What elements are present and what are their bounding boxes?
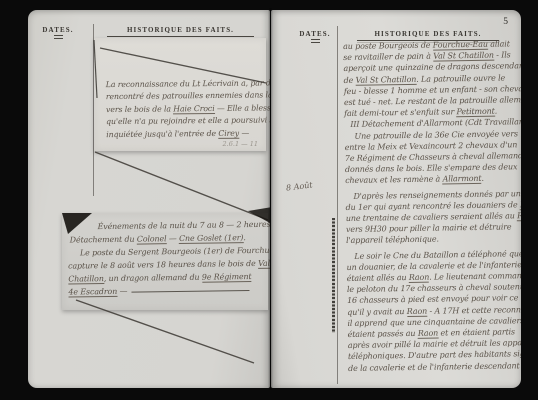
underlined-place-name: Cne Goslet (1er) (179, 233, 243, 244)
left-page: DATES. HISTORIQUE DES FAITS. La reconnai… (28, 10, 270, 388)
underlined-place-name: 9e Régiment (202, 272, 252, 283)
underlined-place-name: Val St Chatillon (433, 51, 494, 62)
trailing-rule (131, 290, 249, 293)
left-dates-header-label: DATES. (42, 26, 73, 34)
underlined-place-name: Raon (409, 273, 430, 283)
page-number: 5 (503, 17, 508, 27)
underlined-place-name: Colonel (137, 234, 167, 244)
underlined-place-name: Raon (418, 329, 439, 339)
underlined-place-name: Raon (520, 200, 521, 210)
right-column-rule (337, 26, 338, 384)
left-historique-header-label: HISTORIQUE DES FAITS. (127, 26, 234, 34)
date-entry: 8 Août (286, 180, 313, 192)
underlined-place-name: Petitmont (456, 107, 494, 118)
handwritten-line: de la cavalerie et de l'infanterie desce… (348, 359, 521, 374)
dates-header-flourish (311, 39, 320, 43)
spine-imprint-strip (332, 218, 335, 333)
right-page-handwriting: au poste Bourgeois de Fourchue-Eau allai… (343, 38, 521, 374)
handwritten-line: chevaux et les ramène à Allarmont. (345, 172, 521, 187)
left-historique-header-rule (107, 36, 254, 37)
underlined-place-name: Chatillon (68, 274, 104, 284)
slip-bottom-handwriting: Événements de la nuit du 7 au 8 — 2 heur… (67, 217, 270, 298)
underlined-place-name: Fourchue-Eau (433, 40, 488, 51)
pasted-slip-top: La reconnaissance du Lt Lécrivain a, par… (94, 38, 266, 151)
dates-header-flourish (54, 35, 63, 39)
left-historique-column-header: HISTORIQUE DES FAITS. (93, 26, 268, 37)
right-page: 5 DATES. HISTORIQUE DES FAITS. 8 Août au… (271, 10, 521, 388)
handwritten-line: 4e Escadron — (68, 282, 270, 298)
faint-marginal-note: 2.6.1 — 11 (223, 140, 258, 148)
handwritten-line: inquiétée jusqu'à l'entrée de Cirey — (106, 127, 270, 142)
underlined-place-name: Allarmont (442, 174, 481, 185)
underlined-place-name: Raon (517, 211, 521, 221)
right-dates-header-label: DATES. (299, 30, 330, 38)
book-spine-shadow (268, 8, 273, 390)
underlined-place-name: Val St Chatillon (355, 74, 416, 85)
crossout-line-middle (95, 152, 268, 220)
left-dates-column-header: DATES. (36, 26, 80, 39)
pasted-slip-bottom: Événements de la nuit du 7 au 8 — 2 heur… (62, 213, 268, 310)
right-historique-header-label: HISTORIQUE DES FAITS. (374, 30, 481, 38)
scanned-register-spread: DATES. HISTORIQUE DES FAITS. La reconnai… (0, 0, 538, 400)
underlined-place-name: Haie Croci (173, 104, 214, 114)
handwritten-line: l'appareil téléphonique. (346, 232, 521, 247)
underlined-place-name: 4e Escadron (68, 287, 117, 298)
right-dates-column-header: DATES. (293, 30, 337, 43)
underlined-place-name: Raon (407, 306, 428, 316)
underlined-place-name: Cirey (218, 128, 239, 138)
slip-top-handwriting: La reconnaissance du Lt Lécrivain a, par… (106, 77, 270, 141)
